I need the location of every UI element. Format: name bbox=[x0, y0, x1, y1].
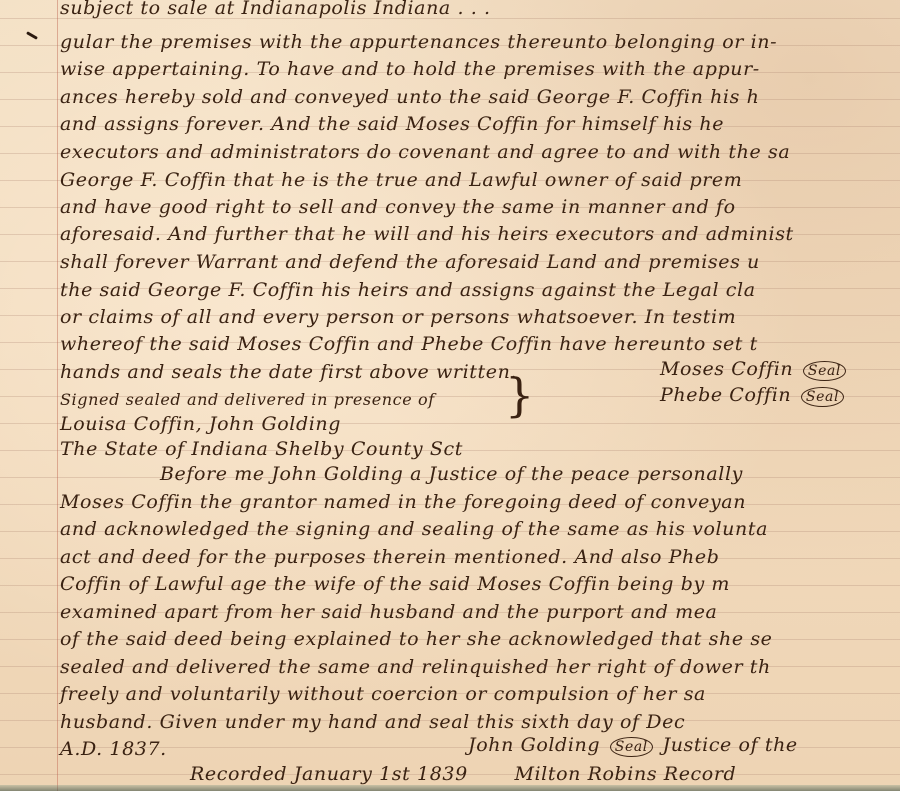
witness-heading: Signed sealed and delivered in presence … bbox=[60, 388, 435, 412]
seal-icon: Seal bbox=[803, 361, 846, 381]
deed-line: executors and administrators do covenant… bbox=[60, 140, 790, 164]
deed-line: and assigns forever. And the said Moses … bbox=[60, 112, 724, 136]
deed-line: subject to sale at Indianapolis Indiana … bbox=[60, 0, 491, 20]
signature-phebe-coffin: Phebe Coffin Seal bbox=[660, 383, 847, 407]
justice-signature: John Golding Seal Justice of the bbox=[468, 733, 798, 757]
deed-line: aforesaid. And further that he will and … bbox=[60, 222, 794, 246]
recorded-note: Recorded January 1st 1839 Milton Robins … bbox=[190, 762, 736, 786]
page-bottom-edge bbox=[0, 785, 900, 791]
signature-name: Phebe Coffin bbox=[660, 384, 791, 406]
recorded-date: Recorded January 1st 1839 bbox=[190, 763, 468, 785]
deed-line: gular the premises with the appurtenance… bbox=[60, 30, 777, 54]
deed-line: shall forever Warrant and defend the afo… bbox=[60, 250, 760, 274]
deed-line: hands and seals the date first above wri… bbox=[60, 360, 517, 384]
document-page: subject to sale at Indianapolis Indiana … bbox=[0, 0, 900, 791]
deed-line: ances hereby sold and conveyed unto the … bbox=[60, 85, 759, 109]
deed-line: the said George F. Coffin his heirs and … bbox=[60, 278, 756, 302]
seal-icon: Seal bbox=[610, 737, 653, 757]
deed-line: or claims of all and every person or per… bbox=[60, 305, 736, 329]
seal-icon: Seal bbox=[801, 387, 844, 407]
recorder-name: Milton Robins Record bbox=[514, 763, 736, 785]
justice-title: Justice of the bbox=[663, 734, 798, 756]
deed-line: and have good right to sell and convey t… bbox=[60, 195, 736, 219]
deed-line: whereof the said Moses Coffin and Phebe … bbox=[60, 332, 758, 356]
witnesses: Louisa Coffin, John Golding bbox=[60, 412, 341, 436]
acknowledgment-line: freely and voluntarily without coercion … bbox=[60, 682, 706, 706]
acknowledgment-line: and acknowledged the signing and sealing… bbox=[60, 517, 768, 541]
deed-line: wise appertaining. To have and to hold t… bbox=[60, 57, 760, 81]
justice-name: John Golding bbox=[468, 734, 600, 756]
acknowledgment-line: examined apart from her said husband and… bbox=[60, 600, 717, 624]
witness-brace: } bbox=[505, 372, 534, 418]
signature-name: Moses Coffin bbox=[660, 358, 793, 380]
signature-moses-coffin: Moses Coffin Seal bbox=[660, 357, 849, 381]
acknowledgment-line: husband. Given under my hand and seal th… bbox=[60, 710, 685, 734]
acknowledgment-line: of the said deed being explained to her … bbox=[60, 627, 773, 651]
acknowledgment-line: Coffin of Lawful age the wife of the sai… bbox=[60, 572, 730, 596]
margin-line bbox=[57, 0, 58, 791]
acknowledgment-line: sealed and delivered the same and relinq… bbox=[60, 655, 771, 679]
venue-heading: The State of Indiana Shelby County Sct bbox=[60, 437, 463, 461]
deed-line: George F. Coffin that he is the true and… bbox=[60, 168, 742, 192]
acknowledgment-line: Moses Coffin the grantor named in the fo… bbox=[60, 490, 746, 514]
acknowledgment-line: act and deed for the purposes therein me… bbox=[60, 545, 719, 569]
acknowledgment-date: A.D. 1837. bbox=[60, 737, 167, 761]
acknowledgment-line: Before me John Golding a Justice of the … bbox=[160, 462, 743, 486]
